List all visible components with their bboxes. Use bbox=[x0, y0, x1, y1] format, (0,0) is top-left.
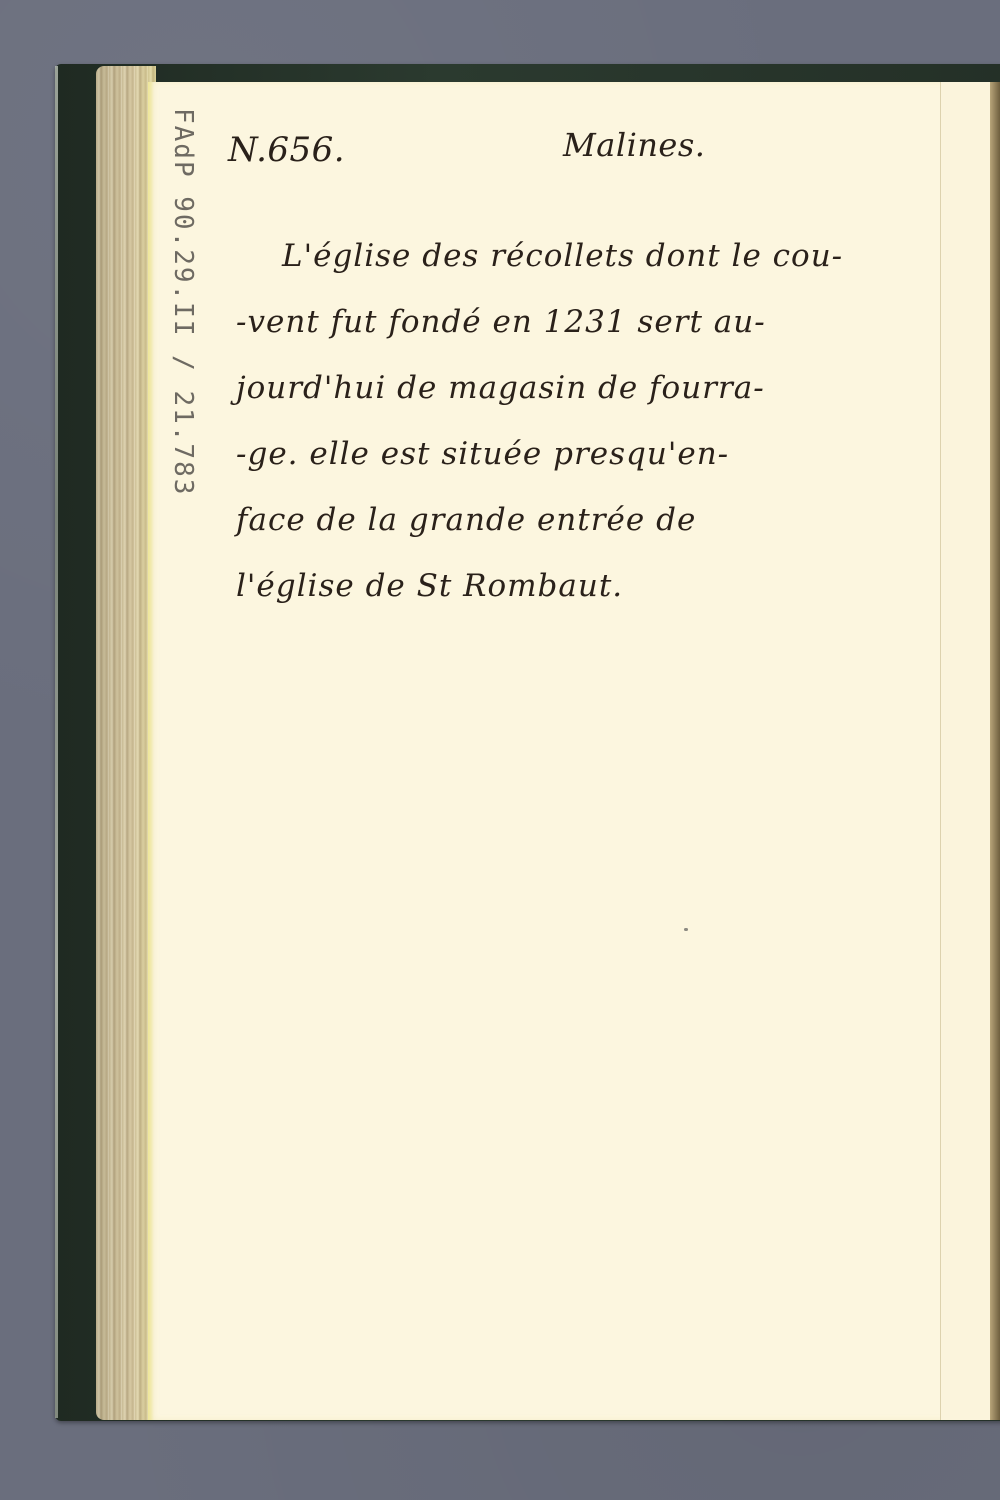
text-line: face de la grande entrée de bbox=[236, 502, 696, 538]
text-line: -ge. elle est située presqu'en- bbox=[236, 436, 729, 472]
entry-number: N.656. bbox=[228, 130, 345, 170]
text-line: -vent fut fondé en 1231 sert au- bbox=[236, 304, 766, 340]
adjacent-page-edge bbox=[990, 82, 1000, 1420]
text-line: l'église de St Rombaut. bbox=[236, 568, 623, 604]
archive-reference-stamp: FAdP 90.29.II / 21.783 bbox=[168, 108, 198, 496]
text-line: L'église des récollets dont le cou- bbox=[282, 238, 843, 274]
ink-spot bbox=[684, 928, 688, 931]
page-stack-shadow bbox=[96, 66, 156, 1420]
text-line: jourd'hui de magasin de fourra- bbox=[236, 370, 765, 406]
notebook-page bbox=[148, 82, 940, 1420]
place-title: Malines. bbox=[563, 126, 705, 164]
cover-edge bbox=[55, 66, 58, 1418]
adjacent-page-strip bbox=[940, 82, 993, 1420]
